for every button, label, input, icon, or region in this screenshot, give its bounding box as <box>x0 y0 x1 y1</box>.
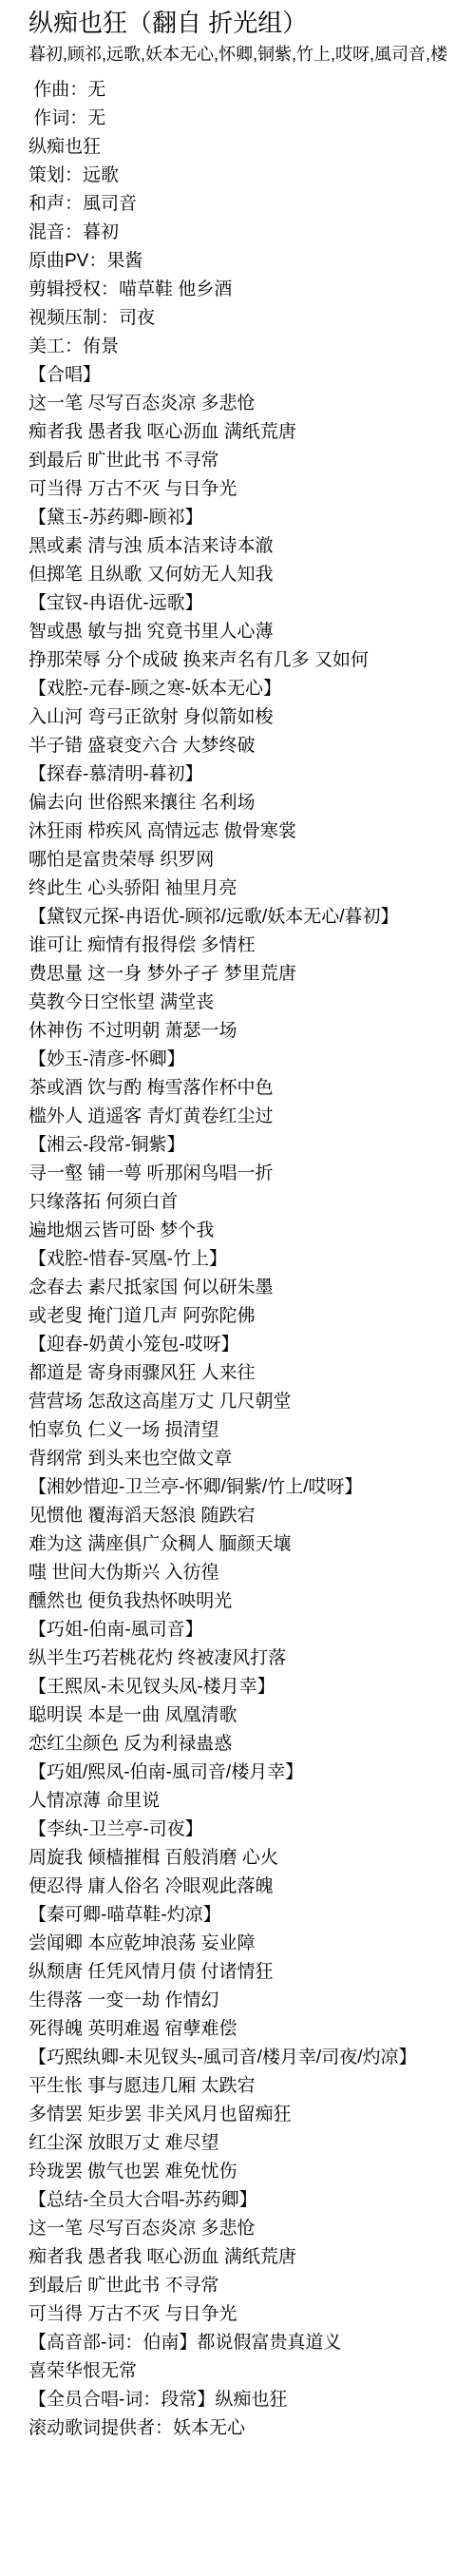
credit-line: 美工：侑景 <box>28 333 475 361</box>
credit-line: 混音：暮初 <box>28 219 475 247</box>
section-header-line: 【探春-慕清明-暮初】 <box>28 760 475 789</box>
lyric-line: 谁可让 痴情有报得偿 多情枉 <box>28 932 475 960</box>
lyric-line: 槛外人 逍遥客 青灯黄卷红尘过 <box>28 1103 475 1131</box>
section-header-line: 【黛钗元探-冉语优-顾祁/远歌/妖本无心/暮初】 <box>28 903 475 932</box>
page-title: 纵痴也狂（翻自 折光组） <box>28 6 475 40</box>
credit-line: 纵痴也狂 <box>28 133 475 162</box>
lyric-line: 痴者我 愚者我 呕心沥血 满纸荒唐 <box>28 2243 475 2272</box>
lyric-line: 痴者我 愚者我 呕心沥血 满纸荒唐 <box>28 418 475 447</box>
section-header-line: 【巧姐/熙凤-伯南-風司音/楼月幸】 <box>28 1759 475 1787</box>
section-header-line: 【巧熙纨卿-未见钗头-風司音/楼月幸/司夜/灼凉】 <box>28 2044 475 2072</box>
lyric-line: 可当得 万古不灭 与日争光 <box>28 475 475 504</box>
credit-line: 策划：远歌 <box>28 162 475 190</box>
lyric-line: 都道是 寄身雨骤风狂 人来往 <box>28 1359 475 1388</box>
credit-line: 作曲：无 <box>28 76 475 105</box>
lyric-line: 或老叟 掩门道几声 阿弥陀佛 <box>28 1302 475 1331</box>
lyric-line: 寻一壑 铺一萼 听那闲鸟唱一折 <box>28 1160 475 1188</box>
lyric-line: 便忍得 庸人俗名 冷眼观此落魄 <box>28 1873 475 1901</box>
lyric-line: 休神伤 不过明朝 萧瑟一场 <box>28 1017 475 1046</box>
lyric-line: 平生怅 事与愿违几厢 太跌宕 <box>28 2072 475 2101</box>
lyric-line: 喜荣华恨无常 <box>28 2357 475 2386</box>
lyric-line: 生得落 一变一劫 作情幻 <box>28 1987 475 2015</box>
credit-line: 原曲PV：果酱 <box>28 247 475 276</box>
credit-line: 视频压制：司夜 <box>28 304 475 333</box>
lyric-line: 怕辜负 仁义一场 损清望 <box>28 1416 475 1445</box>
lyric-line: 聪明误 本是一曲 凤凰清歌 <box>28 1701 475 1730</box>
section-header-line: 【李纨-卫兰亭-司夜】 <box>28 1816 475 1844</box>
lyric-line: 滚动歌词提供者：妖本无心 <box>28 2414 475 2443</box>
lyric-line: 黑或素 清与浊 质本洁来诗本澈 <box>28 532 475 561</box>
lyric-line: 玲珑罢 傲气也罢 难免忧伤 <box>28 2158 475 2186</box>
credit-line: 和声：風司音 <box>28 190 475 219</box>
lyric-line: 半子错 盛衰变六合 大梦终破 <box>28 732 475 760</box>
lyric-line: 智或愚 敏与拙 究竟书里人心薄 <box>28 618 475 646</box>
lyric-line: 到最后 旷世此书 不寻常 <box>28 447 475 475</box>
lyric-line: 挣那荣辱 分个成破 换来声名有几多 又如何 <box>28 646 475 675</box>
lyric-line: 偏去向 世俗熙来攘往 名利场 <box>28 789 475 817</box>
section-header-line: 【妙玉-清彦-怀卿】 <box>28 1046 475 1074</box>
lyric-line: 醺然也 便负我热怀映明光 <box>28 1587 475 1616</box>
section-header-line: 【王熙凤-未见钗头凤-楼月幸】 <box>28 1673 475 1701</box>
lyric-line: 尝闻卿 本应乾坤浪荡 妄业障 <box>28 1930 475 1958</box>
lyric-line: 难为这 满座俱广众稠人 腼颜天壤 <box>28 1530 475 1559</box>
document-page: 纵痴也狂（翻自 折光组） 暮初,顾祁,远歌,妖本无心,怀卿,铜紫,竹上,哎呀,風… <box>0 0 475 2576</box>
lyric-line: 沐狂雨 栉疾风 高情远志 傲骨寒裳 <box>28 817 475 846</box>
section-header-line: 【秦可卿-喵草鞋-灼凉】 <box>28 1901 475 1930</box>
lyric-line: 莫教今日空怅望 满堂丧 <box>28 989 475 1017</box>
section-header-line: 【全员合唱-词：段常】纵痴也狂 <box>28 2386 475 2414</box>
lyric-line: 纵颓唐 任凭风情月债 付诸情狂 <box>28 1958 475 1987</box>
section-header-line: 【湘云-段常-铜紫】 <box>28 1131 475 1160</box>
lyric-line: 遍地烟云皆可卧 梦个我 <box>28 1217 475 1245</box>
lyric-line: 念春去 素尺抵家国 何以研朱墨 <box>28 1274 475 1302</box>
lyric-line: 恋红尘颜色 反为利禄蛊惑 <box>28 1730 475 1759</box>
lyric-line: 见惯他 覆海滔天怒浪 随跌宕 <box>28 1502 475 1530</box>
lyric-line: 嗤 世间大伪斯兴 入彷徨 <box>28 1559 475 1587</box>
lyric-line: 到最后 旷世此书 不寻常 <box>28 2272 475 2300</box>
lyric-line: 终此生 心头骄阳 袖里月亮 <box>28 875 475 903</box>
lyric-line: 茶或酒 饮与酌 梅雪落作杯中色 <box>28 1074 475 1103</box>
lyric-line: 费思量 这一身 梦外孑孑 梦里荒唐 <box>28 960 475 989</box>
lyric-line: 只缘落拓 何须白首 <box>28 1188 475 1217</box>
section-header-line: 【戏腔-元春-顾之寒-妖本无心】 <box>28 675 475 703</box>
lyric-line: 纵半生巧若桃花灼 终被凄风打落 <box>28 1644 475 1673</box>
section-header-line: 【高音部-词：伯南】都说假富贵真道义 <box>28 2329 475 2357</box>
lyric-line: 背纲常 到头来也空做文章 <box>28 1445 475 1473</box>
lyrics-body: 作曲：无 作词：无纵痴也狂策划：远歌和声：風司音混音：暮初原曲PV：果酱剪辑授权… <box>28 76 475 2443</box>
section-header-line: 【迎春-奶黄小笼包-哎呀】 <box>28 1331 475 1359</box>
artist-list: 暮初,顾祁,远歌,妖本无心,怀卿,铜紫,竹上,哎呀,風司音,楼 <box>28 42 475 67</box>
lyric-line: 哪怕是富贵荣辱 织罗网 <box>28 846 475 875</box>
lyric-line: 人情凉薄 命里说 <box>28 1787 475 1816</box>
section-header-line: 【黛玉-苏药卿-顾祁】 <box>28 504 475 532</box>
credit-line: 作词：无 <box>28 105 475 133</box>
lyric-line: 这一笔 尽写百态炎凉 多悲怆 <box>28 390 475 418</box>
section-header-line: 【湘妙惜迎-卫兰亭-怀卿/铜紫/竹上/哎呀】 <box>28 1473 475 1502</box>
lyric-line: 这一笔 尽写百态炎凉 多悲怆 <box>28 2215 475 2243</box>
lyric-line: 入山河 弯弓正欲射 身似箭如梭 <box>28 703 475 732</box>
section-header-line: 【宝钗-冉语优-远歌】 <box>28 589 475 618</box>
lyric-line: 但掷笔 且纵歌 又何妨无人知我 <box>28 561 475 589</box>
credit-line: 剪辑授权：喵草鞋 他乡酒 <box>28 276 475 304</box>
section-header-line: 【戏腔-惜春-冥凰-竹上】 <box>28 1245 475 1274</box>
lyric-line: 红尘深 放眼万丈 难尽望 <box>28 2129 475 2158</box>
section-header-line: 【巧姐-伯南-風司音】 <box>28 1616 475 1644</box>
lyric-line: 营营场 怎敌这高崖万丈 几尺朝堂 <box>28 1388 475 1416</box>
lyric-line: 死得魄 英明难遏 宿孽难偿 <box>28 2015 475 2044</box>
lyric-line: 可当得 万古不灭 与日争光 <box>28 2300 475 2329</box>
section-header-line: 【总结-全员大合唱-苏药卿】 <box>28 2186 475 2215</box>
section-header-line: 【合唱】 <box>28 361 475 390</box>
lyric-line: 多情罢 矩步罢 非关风月也留痴狂 <box>28 2101 475 2129</box>
lyric-line: 周旋我 倾樯摧楫 百般消磨 心火 <box>28 1844 475 1873</box>
